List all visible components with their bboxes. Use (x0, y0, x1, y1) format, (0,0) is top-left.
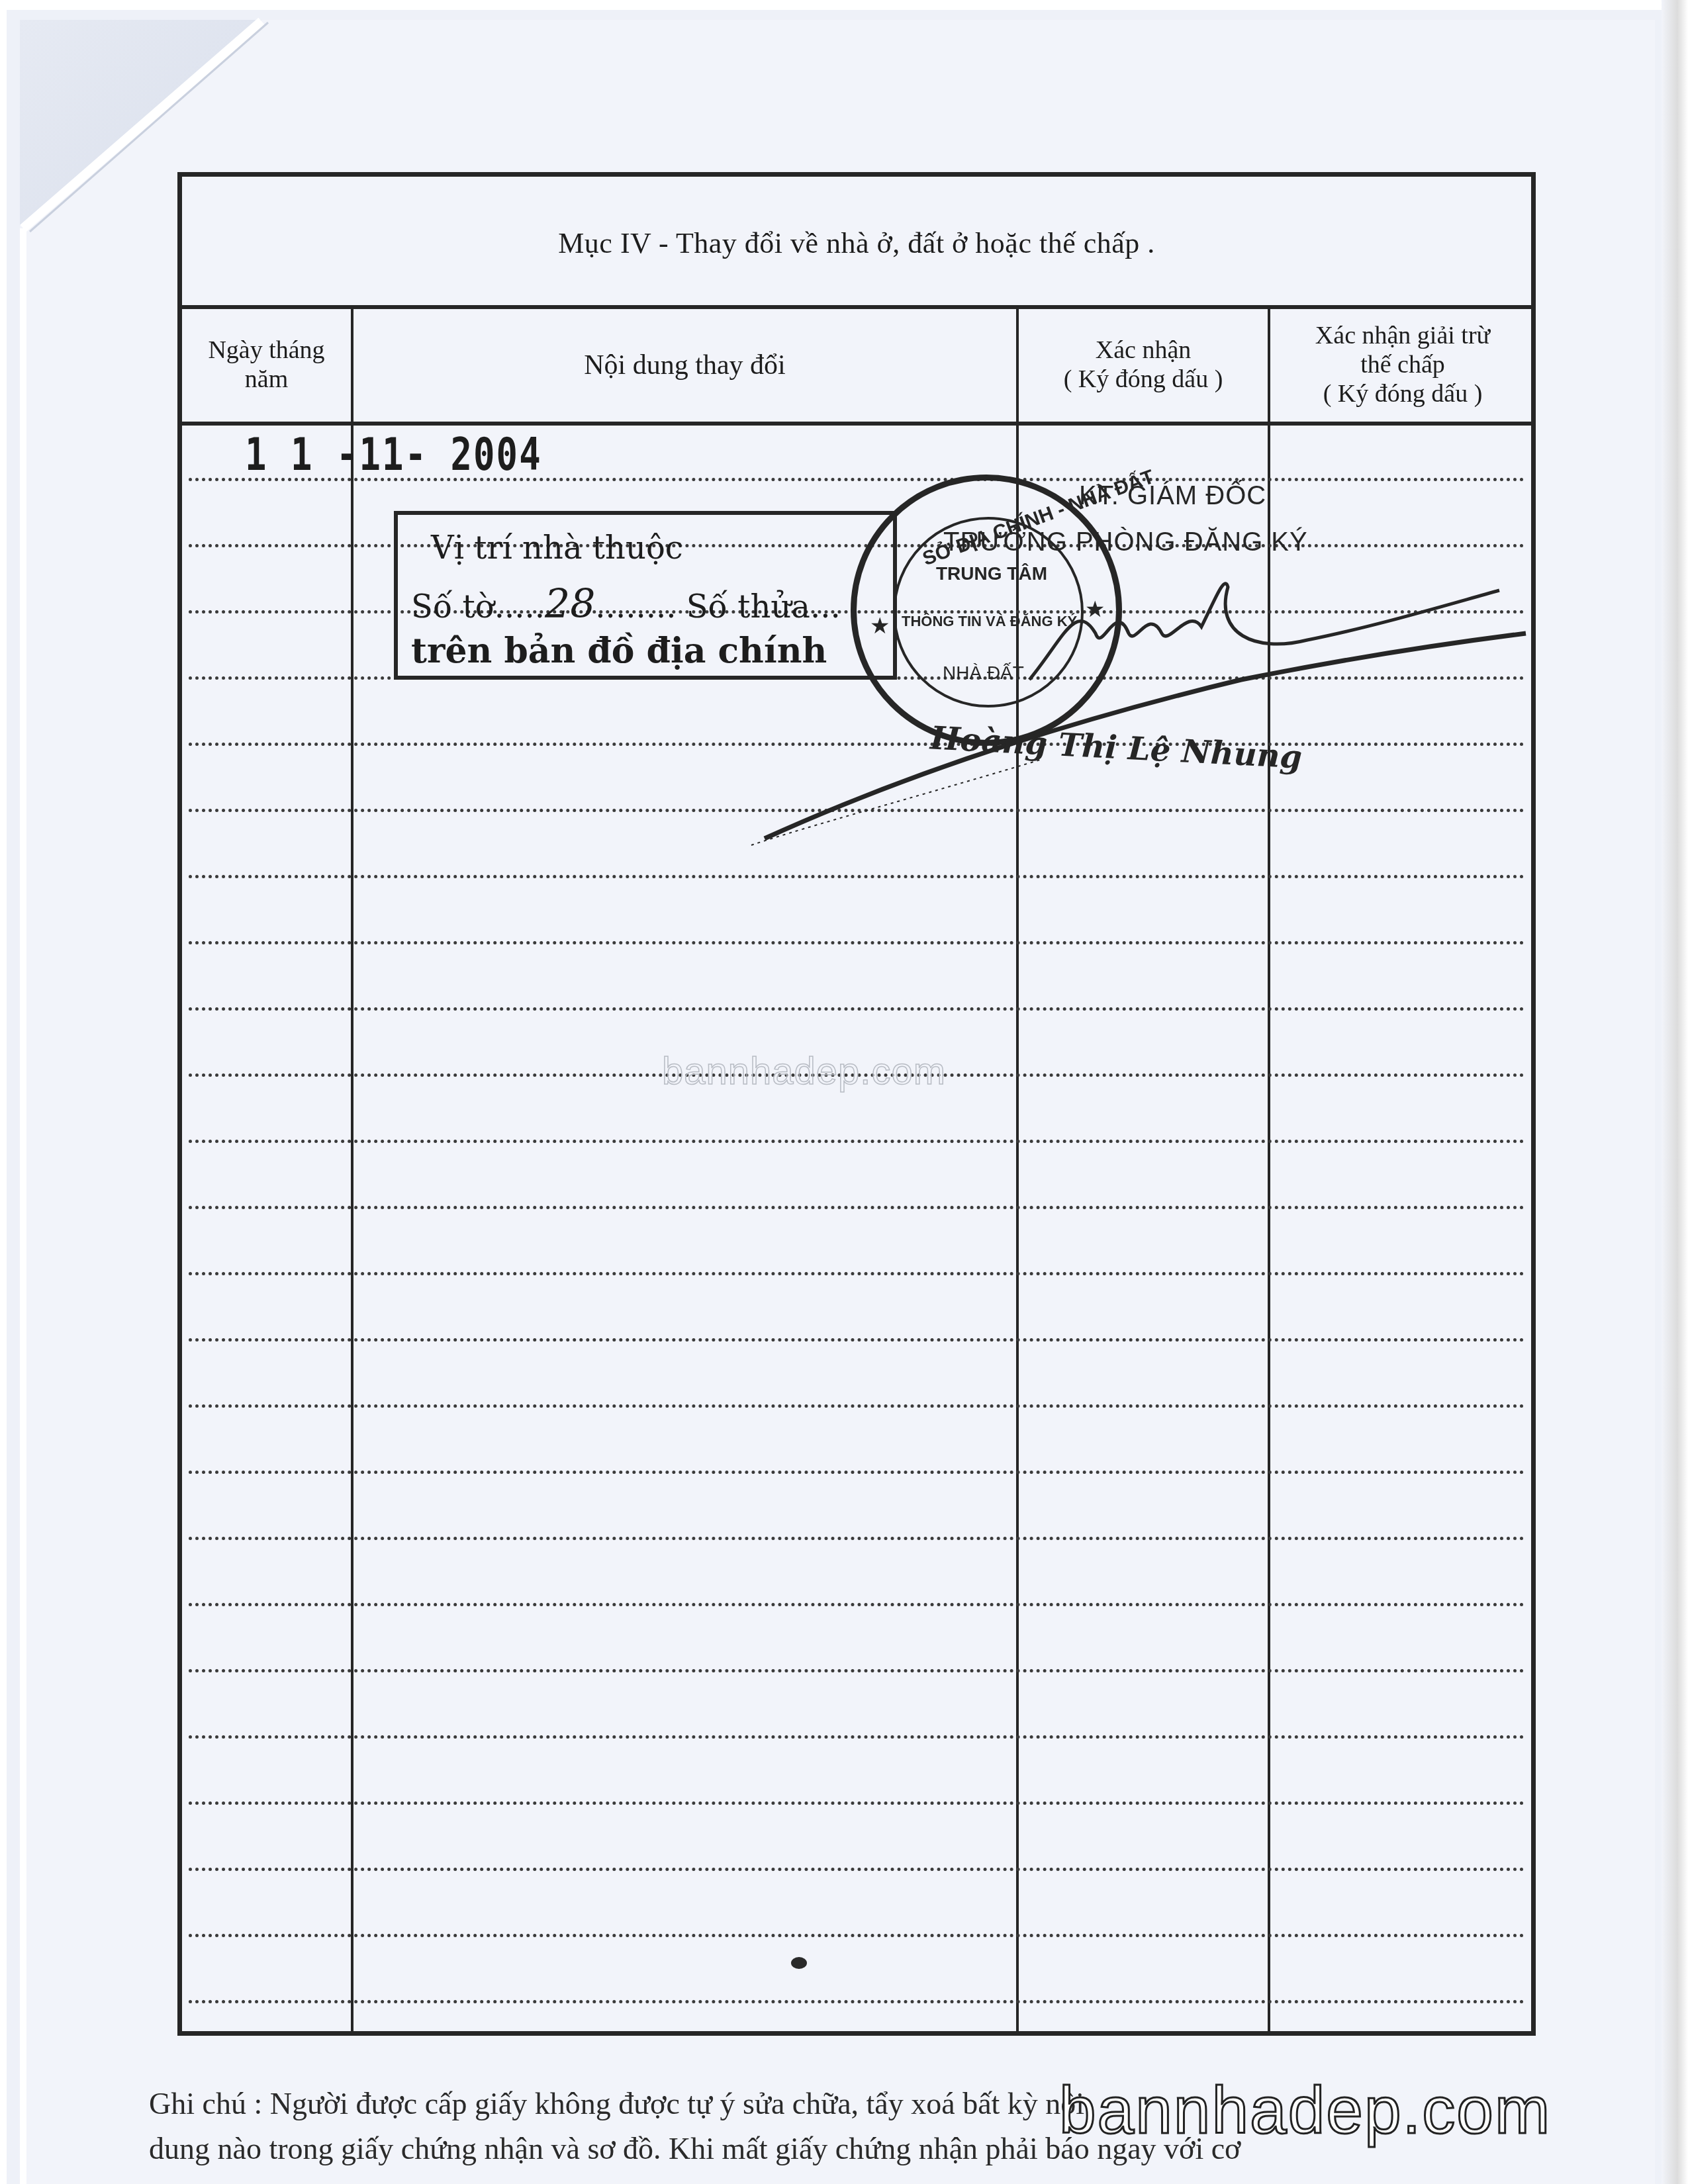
seal-text-center: TRUNG TÂM (936, 563, 1047, 584)
entry-date: 1 1 -11- 2004 (245, 428, 542, 480)
column-header-confirmation-line2: ( Ký đóng dấu ) (1064, 365, 1223, 394)
ruled-line (189, 1272, 1524, 1275)
parcel-number-label: Số thửa (686, 588, 810, 625)
column-header-date: Ngày tháng năm (182, 309, 351, 422)
ruled-line (189, 1868, 1524, 1871)
ruled-line (189, 941, 1524, 944)
column-header-content-label: Nội dung thay đổi (584, 349, 785, 381)
ruled-line (189, 1471, 1524, 1474)
column-header-date-line2: năm (208, 365, 324, 394)
ruled-line (189, 1801, 1524, 1805)
dots: ... (810, 588, 841, 625)
column-divider-1 (351, 308, 353, 2031)
column-header-confirmation: Xác nhận ( Ký đóng dấu ) (1019, 309, 1268, 422)
signer-name: Hoàng Thị Lệ Nhung (929, 719, 1303, 776)
sheet-number-value: 28 (545, 581, 595, 627)
stamp-line-location: Vị trí nhà thuộc (431, 529, 683, 567)
ruled-line (189, 1338, 1524, 1342)
ruled-line (189, 1007, 1524, 1011)
seal-text-bottom: NHÀ ĐẤT (943, 662, 1024, 684)
sheet-number-label: Số tờ (411, 588, 494, 625)
column-header-content: Nội dung thay đổi (353, 309, 1016, 422)
location-stamp: Vị trí nhà thuộc Số tờ.....28........ Số… (394, 511, 897, 680)
page-edge (1662, 0, 1688, 2184)
ruled-line (189, 1206, 1524, 1209)
ruled-line (189, 809, 1524, 812)
watermark-center: bannhadep.com (662, 1049, 946, 1093)
column-header-release-line3: ( Ký đóng dấu ) (1315, 380, 1490, 409)
ruled-line (189, 1537, 1524, 1540)
column-header-release-line2: thế chấp (1315, 351, 1490, 380)
signer-title-head: TRƯỞNG PHÒNG ĐĂNG KÝ (943, 527, 1308, 557)
signer-title-director: KT. GIÁM ĐỐC (1079, 481, 1266, 511)
star-icon: ★ (1085, 596, 1105, 623)
dots: ........ (595, 588, 686, 625)
seal-text-dept: THÔNG TIN VÀ ĐĂNG KÝ (902, 613, 1077, 630)
stamp-line-cadastral-map: trên bản đồ địa chính (411, 631, 827, 671)
ruled-line (189, 743, 1524, 746)
ruled-line (189, 2000, 1524, 2003)
column-divider-3 (1268, 308, 1270, 2031)
column-header-release-line1: Xác nhận giải trừ (1315, 322, 1490, 351)
column-header-mortgage-release: Xác nhận giải trừ thế chấp ( Ký đóng dấu… (1270, 309, 1535, 422)
ruled-line (189, 1603, 1524, 1606)
column-header-confirmation-line1: Xác nhận (1064, 336, 1223, 365)
ruled-line (189, 1404, 1524, 1408)
watermark-corner: bannhadep.com (1059, 2073, 1551, 2149)
section-title: Mục IV - Thay đổi về nhà ở, đất ở hoặc t… (182, 177, 1531, 309)
official-seal: SỞ ĐỊA CHÍNH - NHÀ ĐẤT TRUNG TÂM THÔNG T… (851, 475, 1122, 746)
ruled-line (189, 875, 1524, 878)
ruled-line (189, 1735, 1524, 1739)
ruled-line (189, 1934, 1524, 1937)
ruled-line (189, 1669, 1524, 1672)
change-record-table: Mục IV - Thay đổi về nhà ở, đất ở hoặc t… (177, 172, 1536, 2036)
stamp-line-parcel: Số tờ.....28........ Số thửa... (411, 581, 841, 627)
header-divider (182, 422, 1531, 426)
ink-speck (791, 1957, 807, 1969)
column-header-date-line1: Ngày tháng (208, 336, 324, 365)
dots: ..... (494, 588, 545, 625)
star-icon: ★ (870, 613, 890, 639)
ruled-line (189, 1140, 1524, 1143)
